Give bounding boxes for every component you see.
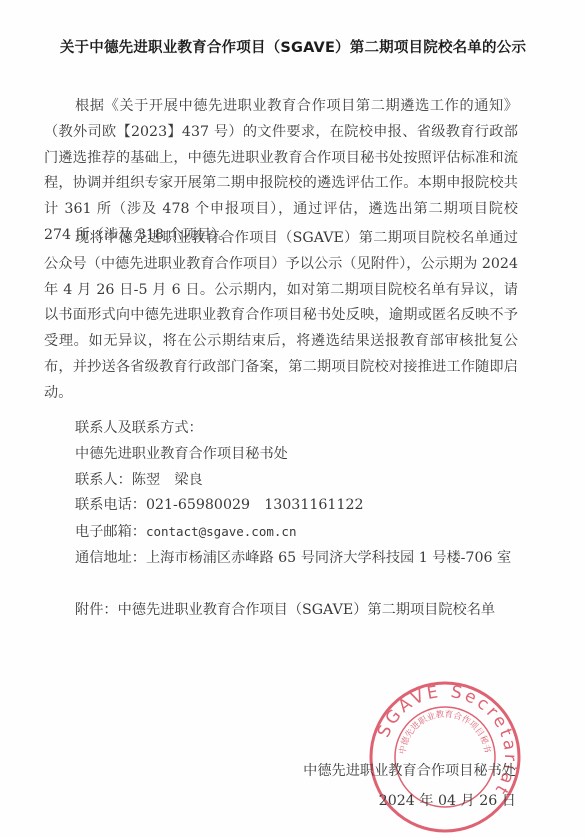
- contact-email-label: 电子邮箱：: [75, 524, 146, 540]
- paragraph-public-notice: 现将中德先进职业教育合作项目（SGAVE）第二期项目院校名单通过公众号（中德先进…: [44, 226, 518, 407]
- contact-heading: 联系人及联系方式：: [75, 416, 545, 442]
- contact-address-line: 通信地址：上海市杨浦区赤峰路 65 号同济大学科技园 1 号楼-706 室: [75, 546, 545, 572]
- signature-organization: 中德先进职业教育合作项目秘书处: [303, 760, 516, 780]
- contact-phone-label: 联系电话：: [75, 497, 146, 513]
- signature-date: 2024 年 04 月 26 日: [379, 790, 516, 810]
- contact-address: 上海市杨浦区赤峰路 65 号同济大学科技园 1 号楼-706 室: [146, 550, 511, 566]
- contact-persons: 陈翌 梁良: [132, 472, 203, 488]
- document-page: 关于中德先进职业教育合作项目（SGAVE）第二期项目院校名单的公示 根据《关于开…: [0, 0, 586, 838]
- document-title: 关于中德先进职业教育合作项目（SGAVE）第二期项目院校名单的公示: [0, 36, 586, 57]
- contact-persons-line: 联系人：陈翌 梁良: [75, 468, 545, 494]
- contact-address-label: 通信地址：: [75, 550, 146, 566]
- contact-block: 联系人及联系方式： 中德先进职业教育合作项目秘书处 联系人：陈翌 梁良 联系电话…: [75, 416, 545, 572]
- contact-phone: 021-65980029 13031161122: [146, 497, 364, 513]
- contact-persons-label: 联系人：: [75, 472, 132, 488]
- contact-phone-line: 联系电话：021-65980029 13031161122: [75, 493, 545, 519]
- contact-email-line: 电子邮箱：contact@sgave.com.cn: [75, 519, 545, 546]
- attachment-note: 附件：中德先进职业教育合作项目（SGAVE）第二期项目院校名单: [75, 598, 495, 624]
- contact-organization: 中德先进职业教育合作项目秘书处: [75, 442, 545, 468]
- svg-text:SGAVE Secretariat: SGAVE Secretariat: [374, 682, 520, 800]
- contact-email: contact@sgave.com.cn: [146, 524, 297, 539]
- official-seal-icon: SGAVE Secretariat 中德先进职业教育合作项目秘书处: [368, 680, 522, 834]
